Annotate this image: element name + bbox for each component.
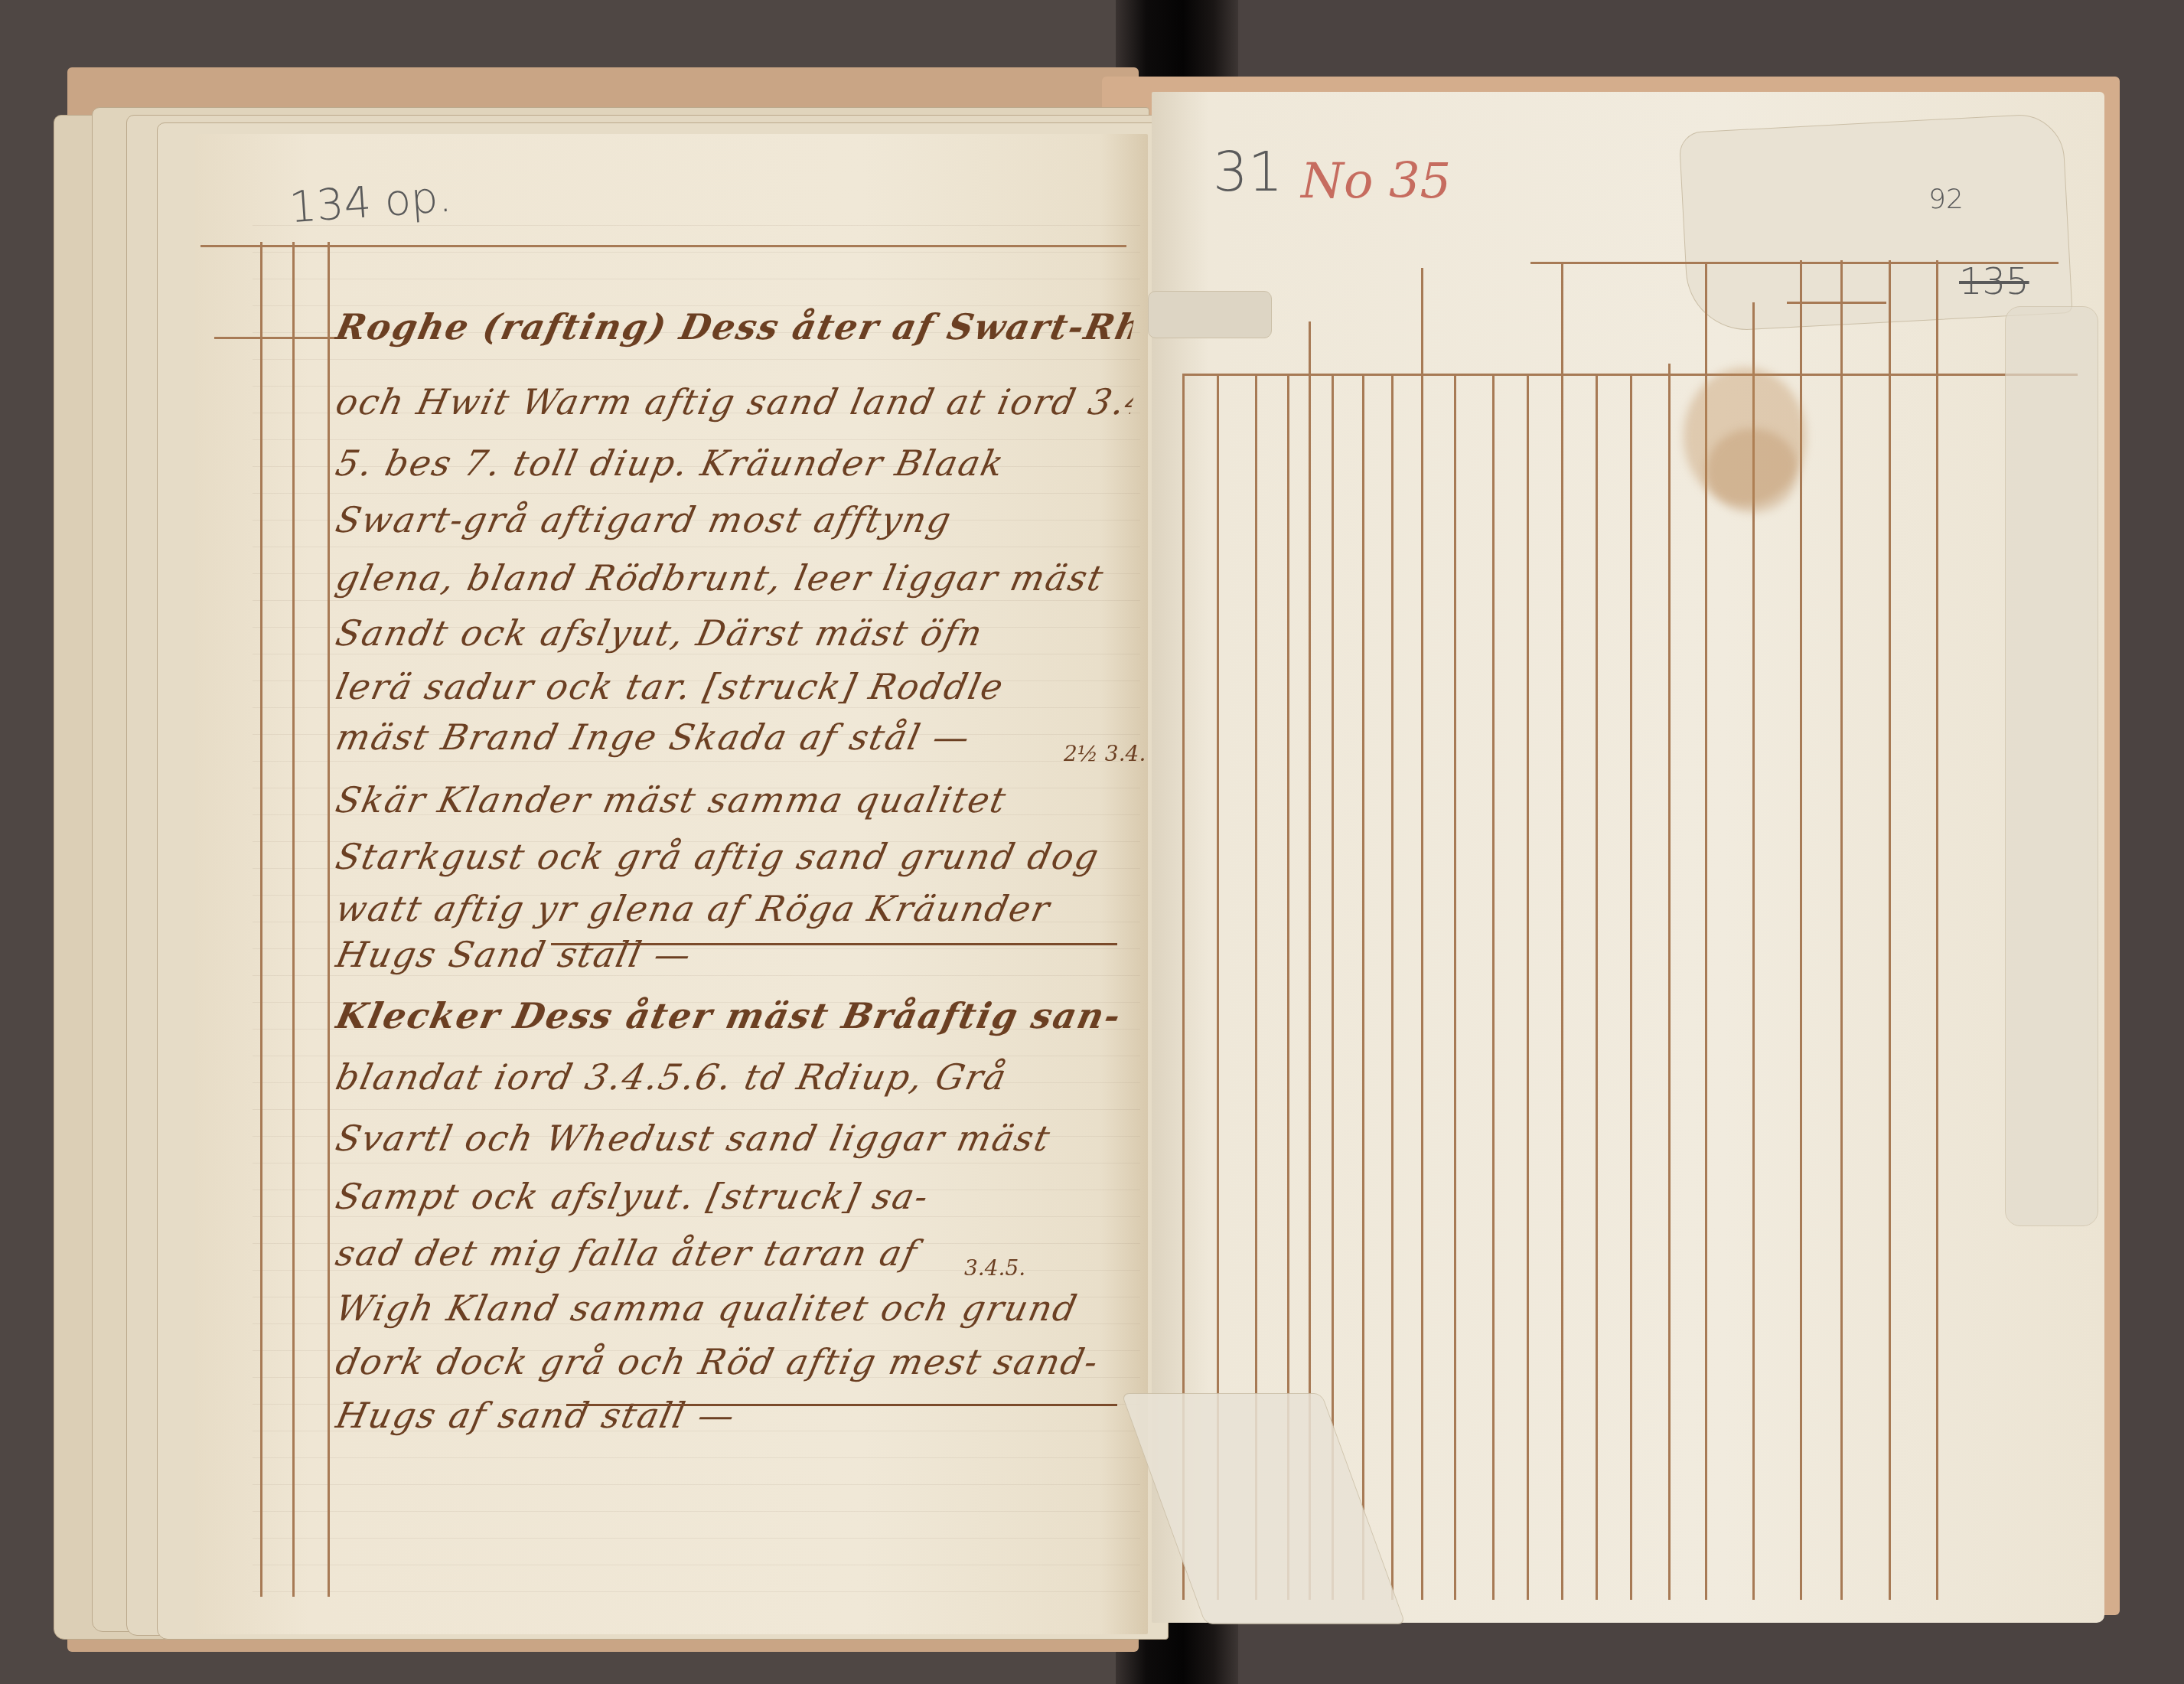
manuscript-line: mäst Brand Inge Skada af stål — [332, 716, 1136, 758]
manuscript-line: lerä sadur ock tar. [struck] Roddle [332, 666, 1136, 707]
column-rule [1668, 364, 1671, 1600]
column-rule [1936, 260, 1938, 1600]
manuscript-line: Roghe (rafting) Dess åter af Swart-Rhei [332, 306, 1136, 348]
column-rule [1527, 375, 1529, 1600]
manuscript-line: Wigh Kland samma qualitet och grund [332, 1287, 1136, 1329]
manuscript-line: Hugs af sand stall — [332, 1395, 1136, 1436]
manuscript-line: dork dock grå och Röd aftig mest sand- [332, 1341, 1136, 1382]
column-rule [1840, 260, 1843, 1600]
manuscript-line: Skär Klander mäst samma qualitet [332, 779, 1136, 821]
manuscript-line: Sampt ock afslyut. [struck] sa- [332, 1176, 1136, 1217]
corner-pencil-mark: 92 [1928, 184, 1964, 215]
damaged-page-edge [2005, 306, 2098, 1226]
manuscript-line: watt aftig yr glena af Röga Kräunder [332, 888, 1136, 929]
crossed-page-number: 135 [1959, 260, 2029, 303]
margin-rule [292, 242, 295, 1597]
manuscript-line: 5. bes 7. toll diup. Kräunder Blaak [332, 442, 1136, 484]
entry-end-rule [566, 1404, 1117, 1406]
header-rule-right [1530, 262, 2059, 264]
manuscript-line: glena, bland Rödbrunt, leer liggar mäst [332, 557, 1136, 599]
margin-rule [260, 242, 262, 1597]
water-stain [1706, 429, 1798, 513]
red-ink-number: No 35 [1301, 153, 1451, 210]
pencil-folio-right: 31 [1213, 139, 1283, 204]
marginal-numbers: 2½ 3.4. [1064, 741, 1146, 766]
manuscript-line: blandat iord 3.4.5.6. td Rdiup, Grå [332, 1056, 1136, 1098]
manuscript-line: Swart-grå aftigard most afftyng [332, 499, 1136, 540]
column-rule [1596, 375, 1598, 1600]
marginal-numbers: 3.4.5. [964, 1255, 1025, 1281]
column-rule [1561, 264, 1563, 1600]
column-rule [1421, 268, 1423, 1600]
manuscript-line: Sandt ock afslyut, Därst mäst öfn [332, 612, 1136, 654]
column-rule [1454, 375, 1456, 1600]
margin-rule [328, 242, 330, 1597]
entry-tick-rule [214, 337, 344, 339]
manuscript-line: Klecker Dess åter mäst Bråaftig san- [332, 995, 1136, 1036]
column-rule [1630, 375, 1632, 1600]
entry-end-rule [551, 943, 1117, 945]
manuscript-line: Svartl och Whedust sand liggar mäst [332, 1118, 1136, 1159]
column-rule [1492, 375, 1495, 1600]
column-rule [1362, 375, 1364, 1600]
torn-paper-fragment [1148, 291, 1272, 338]
manuscript-line: Hugs Sand stall — [332, 934, 1136, 975]
column-rule [1391, 375, 1394, 1600]
manuscript-line: Starkgust ock grå aftig sand grund dog [332, 836, 1136, 877]
column-rule [1889, 260, 1891, 1600]
manuscript-line: och Hwit Warm aftig sand land at iord 3.… [332, 381, 1136, 423]
header-rule [200, 245, 1126, 247]
column-rule [1332, 375, 1334, 1600]
